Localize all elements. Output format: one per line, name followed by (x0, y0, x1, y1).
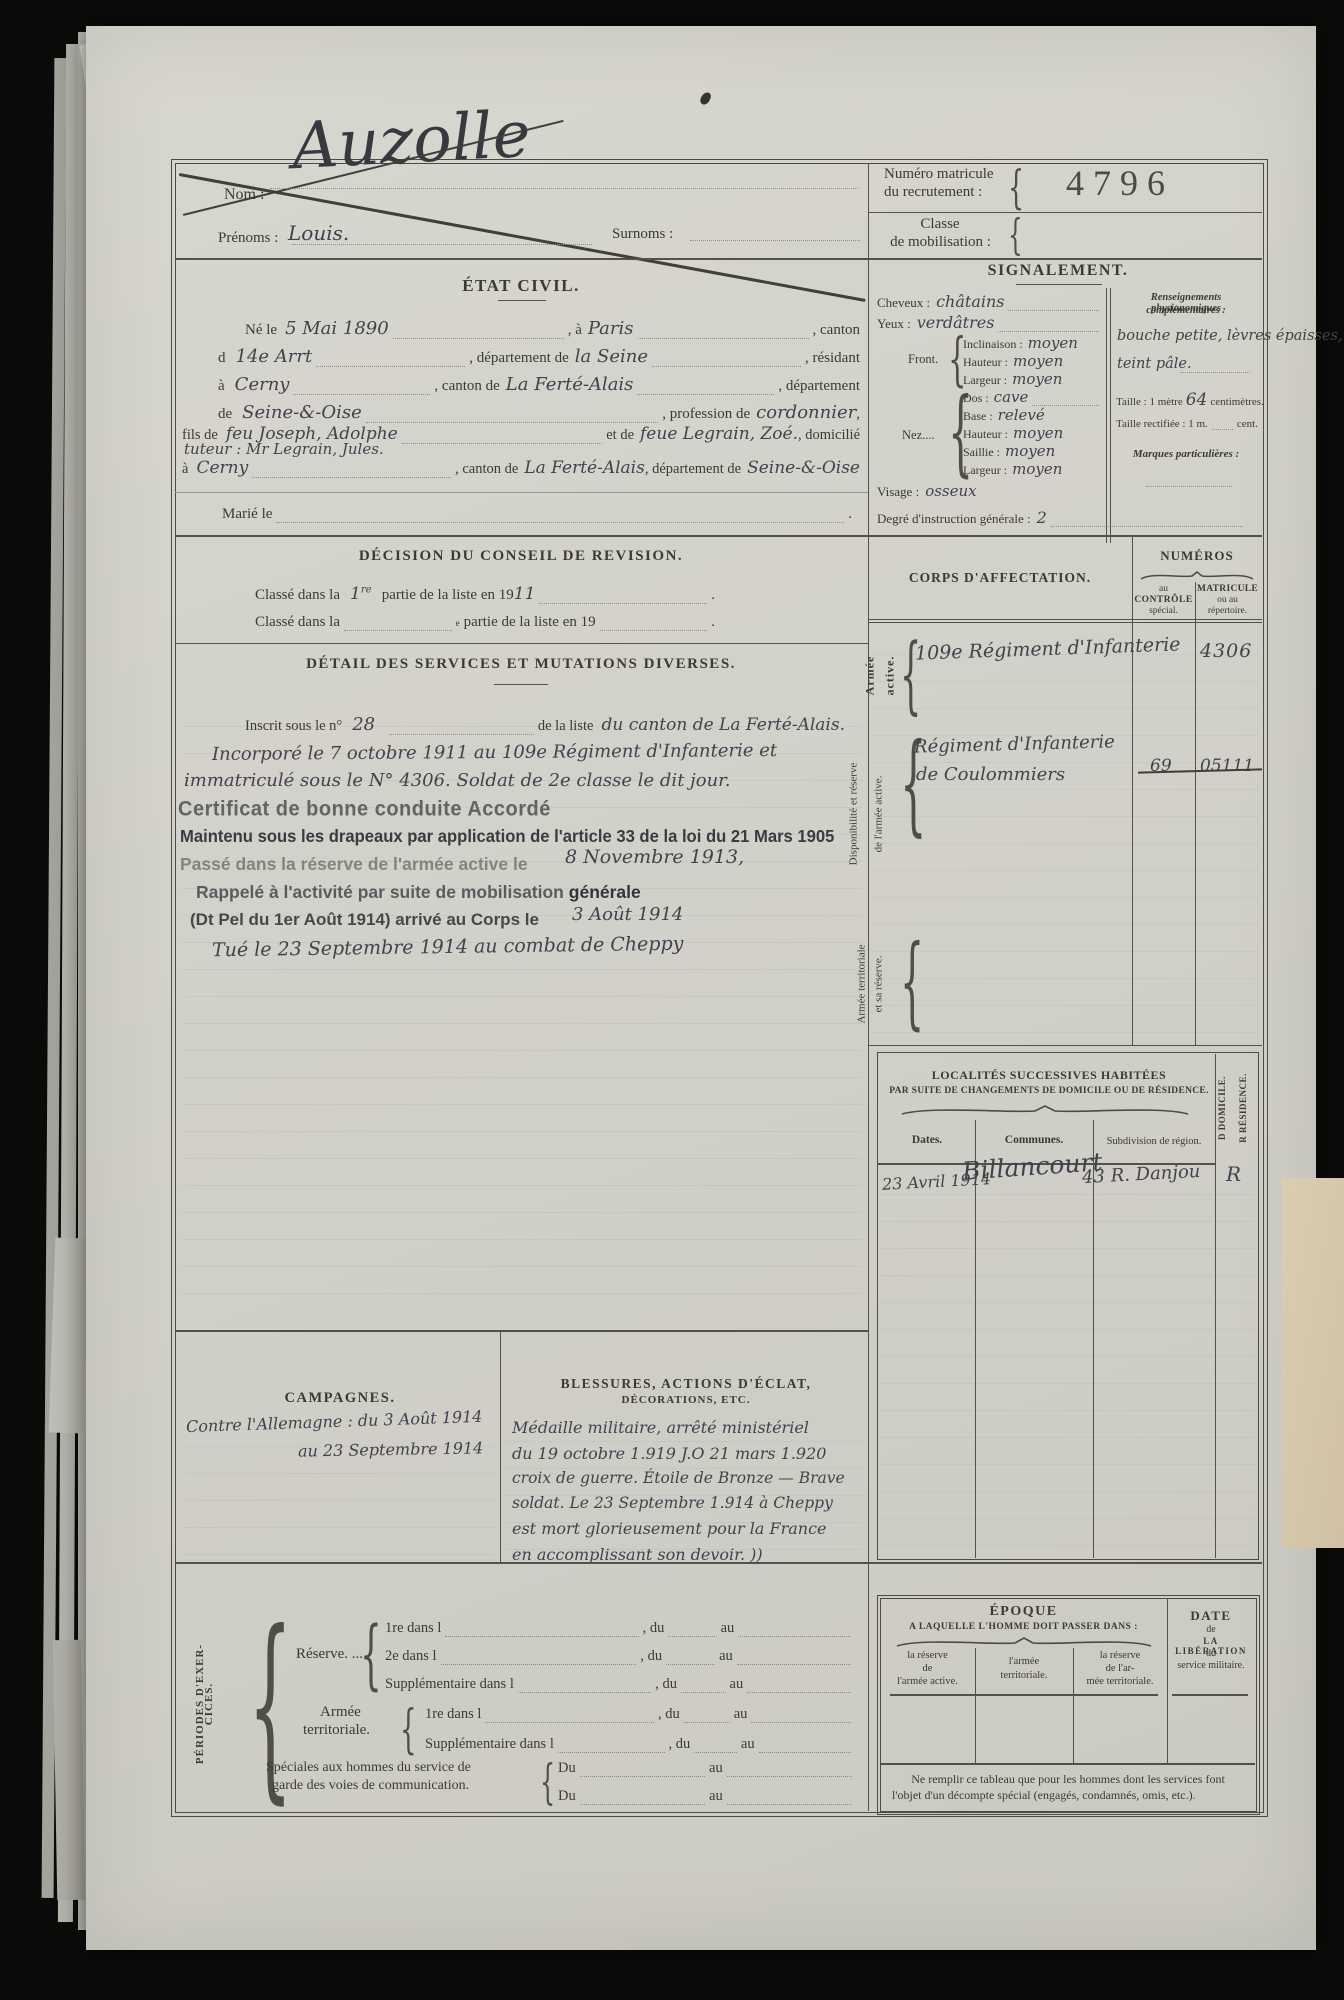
campagnes-divider (500, 1330, 501, 1562)
partie-liste-label2: partie de la liste en 19 (464, 614, 596, 631)
dot: . (711, 614, 715, 631)
periodes-side-label2: CICES. (203, 1683, 215, 1725)
du-cap-label: Du (558, 1760, 576, 1777)
brace-ornament: { (1008, 164, 1024, 210)
title-underline (1016, 284, 1102, 285)
controle-col-header3: spécial. (1132, 606, 1195, 616)
base-value: relevé (998, 406, 1045, 424)
taille-rect-label: Taille rectifiée : 1 m. (1116, 418, 1208, 430)
base-label: Base : (963, 409, 993, 424)
prenoms-label: Prénoms : (218, 230, 278, 247)
a2-label: à (218, 378, 225, 395)
complementaires-value2: teint pâle. (1117, 356, 1192, 372)
localites-box (877, 1052, 1259, 1560)
col-domicile: D DOMICILE. (1217, 1076, 1227, 1140)
degre-row: Degré d'instruction générale : 2 (877, 508, 1247, 527)
a3-label: à (182, 461, 188, 478)
localites-title: LOCALITÉS SUCCESSIVES HABITÉES (884, 1068, 1214, 1083)
stamp-depot: (Dt Pel du 1er Août 1914) arrivé au Corp… (190, 910, 539, 930)
numero-matricule-label: Numéro matricule (884, 166, 994, 183)
section-rule (175, 535, 1262, 537)
table-header-rule (868, 619, 1262, 620)
epoque-col1b: de (880, 1663, 975, 1674)
speciales-row-2: Du au (558, 1788, 856, 1805)
birth-city-value: Paris (588, 318, 634, 339)
au-label: au (721, 1620, 735, 1637)
controle-col-header: au (1132, 584, 1195, 594)
brace-ornament: { (540, 1758, 555, 1806)
underlying-sheet-tab (1282, 1178, 1344, 1548)
blessures-entry: soldat. Le 23 Septembre 1.914 à Cheppy (512, 1494, 833, 1512)
col-residence: R RÉSIDENCE. (1238, 1073, 1248, 1143)
reserve-row-2: 2e dans l , du au (385, 1648, 855, 1665)
canton-de-label: , canton de (434, 378, 499, 395)
etat-civil-line-2: d 14e Arrt , département de la Seine , r… (218, 346, 860, 367)
complementaires-title2: complémentaires : (1116, 305, 1256, 316)
epoque-note: Ne remplir ce tableau que pour les homme… (886, 1772, 1250, 1787)
taille-label: Taille : 1 mètre (1116, 396, 1183, 408)
inscrit-label: Inscrit sous le n° (245, 718, 342, 735)
page-stack-edge (49, 1237, 90, 1433)
rappele-bold: générale (569, 882, 641, 902)
epoque-col1: la réserve (880, 1650, 975, 1661)
partie-liste-label: partie de la liste en 19 (382, 587, 514, 604)
partie-sup: re (361, 584, 372, 595)
reserve-r3-label: Supplémentaire dans l (385, 1676, 514, 1693)
etat-civil-line-1: Né le 5 Mai 1890 , à Paris , canton (245, 318, 860, 339)
front-inclinaison-row: Inclinaison : moyen (963, 334, 1103, 352)
section-rule (175, 643, 868, 644)
au-label: au (709, 1760, 723, 1777)
taille-row: Taille : 1 mètre 64 centimètres. (1116, 390, 1258, 410)
date-liberation-header5: service militaire. (1167, 1660, 1255, 1671)
inclinaison-value: moyen (1028, 334, 1078, 352)
disponibilite-label: Disponibilité et réserve (847, 763, 859, 866)
blessures-title2: DÉCORATIONS, ETC. (512, 1394, 860, 1406)
dos-value: cave (994, 388, 1029, 406)
matricule-col-header3: répertoire. (1195, 606, 1260, 616)
localites-divider (1215, 1054, 1216, 1558)
brace-ornament (895, 1636, 1153, 1647)
epoque-col3b: de l'ar- (1073, 1663, 1167, 1674)
d-label: d (218, 350, 226, 367)
dot: . (848, 506, 852, 523)
complementaires-value: bouche petite, lèvres épaisses, (1117, 328, 1343, 344)
degre-label: Degré d'instruction générale : (877, 511, 1031, 527)
nom-value: Auzolle (290, 98, 532, 184)
stamp-rappele: Rappelé à l'activité par suite de mobili… (196, 882, 641, 903)
stamp-maintenu: Maintenu sous les drapeaux par applicati… (180, 826, 834, 847)
stamp-certificat: Certificat de bonne conduite Accordé (178, 797, 551, 821)
etat-civil-line-4: de Seine-&-Oise , profession de cordonni… (218, 402, 860, 423)
nez-dos-row: Dos : cave (963, 388, 1103, 406)
reserve-row-1: 1re dans l , du au (385, 1620, 855, 1637)
sub-column-rule (1106, 288, 1107, 543)
service-entry: immatriculé sous le N° 4306. Soldat de 2… (184, 770, 731, 791)
largeur-value: moyen (1012, 370, 1062, 388)
au-label: au (741, 1736, 755, 1753)
date-liberation-header4: du (1167, 1648, 1255, 1659)
speciales-label2: garde des voies de communication. (272, 1778, 469, 1794)
cheveux-value: châtains (936, 292, 1004, 311)
title-underline (494, 684, 548, 685)
surnoms-label: Surnoms : (612, 226, 673, 243)
sub-rule (175, 492, 868, 493)
sub-column-rule (1110, 288, 1111, 543)
territoriale-group-label: Armée (320, 1704, 361, 1721)
rappele-text: Rappelé à l'activité par suite de mobili… (196, 882, 564, 902)
etat-civil-line-6: à Cerny , canton de La Ferté-Alais , dép… (182, 458, 860, 478)
reserve-r2-label: 2e dans l (385, 1648, 437, 1665)
domicilie-suffix: , domicilié (798, 427, 860, 444)
decision-title: DÉCISION DU CONSEIL DE REVISION. (221, 548, 821, 565)
speciales-row-1: Du au (558, 1760, 856, 1777)
canton-de2-label: , canton de (455, 461, 518, 478)
scanned-register-page: Auzolle Nom : Prénoms : Louis. Surnoms :… (0, 0, 1344, 2000)
epoque-header-rule (1172, 1694, 1248, 1696)
armee-active-label: Armée (862, 656, 877, 696)
brace-ornament: { (1008, 214, 1023, 256)
marie-line: Marié le . (222, 506, 852, 523)
blessures-title: BLESSURES, ACTIONS D'ÉCLAT, (512, 1376, 860, 1392)
epoque-note2: l'objet d'un décompte spécial (engagés, … (886, 1788, 1256, 1803)
corps-row2-value2: de Coulommiers (916, 764, 1065, 785)
date-liberation-header: DATE (1167, 1608, 1255, 1624)
canton-value: La Ferté-Alais (506, 374, 634, 395)
corps-row2-matricule: 05111 (1200, 756, 1254, 776)
inscrit-canton-value: du canton de La Ferté-Alais. (601, 715, 845, 735)
brace-ornament (1140, 570, 1254, 580)
annee-value: 11 (514, 584, 536, 604)
et-de-label: et de (606, 427, 634, 444)
du-label: , du (640, 1648, 662, 1665)
brace-ornament: { (248, 1606, 293, 1806)
brace-ornament: { (900, 932, 924, 1032)
blessures-entry: est mort glorieusement pour la France (512, 1519, 827, 1538)
numero-matricule-value: 4796 (1066, 162, 1174, 204)
numeros-header: NUMÉROS (1134, 548, 1260, 564)
localites-row-dr: R (1226, 1162, 1241, 1186)
epoque-subtitle: A LAQUELLE L'HOMME DOIT PASSER DANS : (880, 1622, 1167, 1632)
matricule-col-header: MATRICULE (1195, 584, 1260, 594)
nez-largeur-label: Largeur : (963, 463, 1007, 478)
blessures-entry: Médaille militaire, arrêté ministériel (512, 1418, 809, 1437)
sup-e: e (456, 618, 460, 628)
blessures-entry: du 19 octobre 1.919 J.O 21 mars 1.920 (512, 1444, 826, 1463)
date-liberation-header2: de (1167, 1624, 1255, 1635)
du-label: , du (655, 1676, 677, 1693)
section-rule (175, 1330, 868, 1332)
campagnes-entry2: au 23 Septembre 1914 (298, 1438, 484, 1460)
dos-label: Dos : (963, 391, 989, 406)
nez-largeur-row: Largeur : moyen (963, 460, 1103, 478)
nez-saillie-row: Saillie : moyen (963, 442, 1103, 460)
territoriale-row-2: Supplémentaire dans l , du au (425, 1736, 855, 1753)
hauteur-label: Hauteur : (963, 355, 1008, 370)
marie-label: Marié le (222, 506, 272, 523)
au-label: au (730, 1676, 744, 1693)
corps-row1-matricule: 4306 (1200, 640, 1252, 662)
section-rule (175, 258, 1262, 260)
surnoms-line (690, 240, 860, 241)
marques-label: Marques particulières : (1116, 448, 1256, 460)
prenoms-value: Louis. (288, 221, 349, 245)
residant-suffix: , résidant (805, 350, 860, 367)
col-subdivision: Subdivision de région. (1093, 1136, 1215, 1147)
inclinaison-label: Inclinaison : (963, 337, 1023, 352)
du-cap-label: Du (558, 1788, 576, 1805)
liste-label: de la liste (538, 718, 594, 735)
territoriale-group-label2: territoriale. (303, 1722, 370, 1739)
partie-number: 1 (350, 584, 361, 604)
epoque-col2: l'armée (975, 1656, 1073, 1667)
residence-value: Cerny (235, 374, 290, 395)
departement3-value: Seine-&-Oise (747, 458, 860, 478)
title-underline (498, 300, 546, 301)
etat-civil-title: ÉTAT CIVIL. (321, 276, 721, 296)
brace-ornament: { (360, 1616, 382, 1692)
decision-row-2: Classé dans la e partie de la liste en 1… (255, 614, 715, 631)
de-label: de (218, 406, 232, 423)
territoriale-row-1: 1re dans l , du au (425, 1706, 855, 1723)
front-largeur-row: Largeur : moyen (963, 370, 1103, 388)
table-bottom-rule (868, 1045, 1262, 1046)
stamp-passe: Passé dans la réserve de l'armée active … (180, 854, 528, 875)
taille-rect-unit: cent. (1237, 418, 1258, 430)
table-divider (1195, 582, 1196, 1045)
epoque-title: ÉPOQUE (880, 1604, 1167, 1620)
epoque-col3: la réserve (1073, 1650, 1167, 1661)
corps-header: CORPS D'AFFECTATION. (872, 570, 1128, 586)
hauteur-value: moyen (1013, 352, 1063, 370)
nez-hauteur-value: moyen (1013, 424, 1063, 442)
front-label: Front. (908, 352, 938, 367)
brace-ornament (900, 1104, 1190, 1115)
visage-label: Visage : (877, 484, 919, 500)
visage-row: Visage : osseux (877, 482, 1077, 500)
terr-t2-label: Supplémentaire dans l (425, 1736, 554, 1753)
cheveux-label: Cheveux : (877, 295, 930, 311)
au-label: au (709, 1788, 723, 1805)
au-label: au (719, 1648, 733, 1665)
canton-suffix: , canton (813, 322, 860, 339)
epoque-note-rule (880, 1763, 1255, 1765)
profession-de-label: , profession de (662, 406, 750, 423)
nez-largeur-value: moyen (1012, 460, 1062, 478)
armee-active-label2: active. (882, 656, 897, 696)
disponibilite-label2: de l'armée active. (872, 776, 884, 853)
prenoms-line (292, 244, 592, 245)
saillie-label: Saillie : (963, 445, 1000, 460)
nez-hauteur-label: Hauteur : (963, 427, 1008, 442)
reserve-row-3: Supplémentaire dans l , du au (385, 1676, 855, 1693)
departement-de2-label: , département de (645, 461, 741, 478)
partie-value: 1re (350, 584, 372, 604)
canton2-value: La Ferté-Alais (524, 458, 645, 478)
brace-ornament: { (400, 1704, 417, 1756)
nom-line (270, 188, 858, 189)
service-entry: Incorporé le 7 octobre 1911 au 109e Régi… (212, 740, 777, 765)
territoriale-label: Armée territoriale (856, 944, 868, 1023)
arrondissement-value: 14e Arrt (236, 346, 313, 367)
classe-dans-label2: Classé dans la (255, 614, 340, 631)
departement2-value: Seine-&-Oise (242, 402, 362, 423)
col-dates: Dates. (879, 1134, 975, 1146)
birth-date-value: 5 Mai 1890 (285, 318, 389, 339)
epoque-col3c: mée territoriale. (1073, 1676, 1167, 1687)
epoque-col2b: territoriale. (975, 1670, 1073, 1681)
reserve-label: Réserve. ... (296, 1646, 363, 1663)
localites-subtitle: PAR SUITE DE CHANGEMENTS DE DOMICILE OU … (884, 1086, 1214, 1096)
departement-de-label: , département de (469, 350, 569, 367)
a-label: , à (568, 322, 582, 339)
section-rule (175, 1562, 1262, 1564)
inscrit-num-value: 28 (352, 714, 375, 735)
nez-base-row: Base : relevé (963, 406, 1103, 424)
epoque-col1c: l'armée active. (880, 1676, 975, 1687)
saillie-value: moyen (1005, 442, 1055, 460)
signalement-title: SIGNALEMENT. (868, 262, 1248, 280)
passe-date-value: 8 Novembre 1913, (565, 846, 744, 868)
tuteur-value: tuteur : Mr Legrain, Jules. (184, 440, 384, 458)
blessures-entry: croix de guerre. Étoile de Bronze — Brav… (512, 1469, 845, 1487)
nez-hauteur-row: Hauteur : moyen (963, 424, 1103, 442)
numero-matricule-label2: du recrutement : (884, 184, 982, 201)
territoriale-label2: et sa réserve. (873, 955, 885, 1012)
mother-value: feue Legrain, Zoé. (640, 424, 798, 444)
col-communes: Communes. (975, 1134, 1093, 1146)
campagnes-title: CAMPAGNES. (210, 1390, 470, 1407)
departement-value: la Seine (575, 346, 648, 367)
yeux-row: Yeux : verdâtres (877, 313, 1103, 332)
page-stack-edge (53, 1640, 86, 1900)
profession-value: cordonnier (756, 402, 856, 423)
cheveux-row: Cheveux : châtains (877, 292, 1103, 311)
etat-civil-line-3: à Cerny , canton de La Ferté-Alais , dép… (218, 374, 860, 395)
du-label: , du (669, 1736, 691, 1753)
table-header-rule (868, 622, 1262, 623)
classe-label2: de mobilisation : (868, 234, 1013, 251)
au-label: au (734, 1706, 748, 1723)
ne-le-label: Né le (245, 322, 277, 339)
departement-suffix: , département (778, 378, 860, 395)
arrivee-date-value: 3 Août 1914 (572, 904, 683, 925)
classe-dans-label: Classé dans la (255, 587, 340, 604)
fill-line (1146, 486, 1232, 487)
reserve-r1-label: 1re dans l (385, 1620, 441, 1637)
controle-col-header2: CONTRÔLE (1132, 595, 1195, 605)
taille-rectifiee-row: Taille rectifiée : 1 m. cent. (1116, 418, 1258, 430)
table-divider (1132, 535, 1133, 1045)
nez-label: Nez.... (902, 428, 935, 443)
cell-divider (868, 212, 1262, 213)
front-hauteur-row: Hauteur : moyen (963, 352, 1103, 370)
visage-value: osseux (925, 482, 976, 500)
terr-t1-label: 1re dans l (425, 1706, 481, 1723)
inscrit-row: Inscrit sous le n° 28 de la liste du can… (245, 714, 845, 735)
comma: , (856, 406, 860, 423)
domicile-value: Cerny (196, 458, 248, 478)
epoque-header-rule (890, 1694, 1158, 1696)
nom-label: Nom : (224, 186, 264, 204)
du-label: , du (643, 1620, 665, 1637)
taille-unit: centimètres. (1210, 396, 1263, 408)
classe-label: Classe (880, 216, 1000, 233)
taille-value: 64 (1186, 390, 1208, 410)
matricule-col-header2: ou au (1195, 595, 1260, 605)
fill-line (1180, 372, 1250, 373)
degre-value: 2 (1037, 508, 1047, 527)
services-title: DÉTAIL DES SERVICES ET MUTATIONS DIVERSE… (221, 656, 821, 673)
dot: . (711, 587, 715, 604)
yeux-label: Yeux : (877, 316, 911, 332)
speciales-label: Spéciales aux hommes du service de (266, 1760, 471, 1776)
decision-row-1: Classé dans la 1re partie de la liste en… (255, 584, 715, 604)
du-label: , du (658, 1706, 680, 1723)
